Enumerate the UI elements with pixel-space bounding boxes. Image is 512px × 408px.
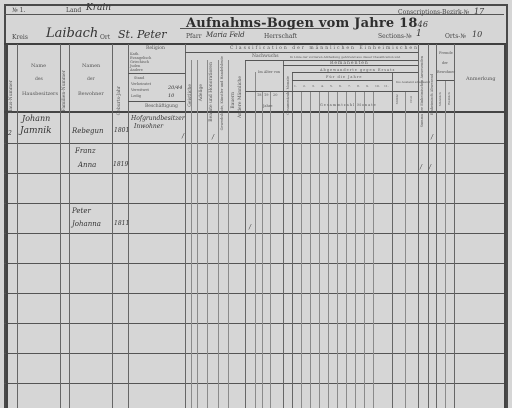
row2-tick: / [420, 164, 422, 171]
col-divider [112, 44, 113, 408]
col-divider [392, 72, 393, 408]
section-value: 1 [416, 29, 422, 39]
age-year: 19 [264, 93, 268, 97]
conscription-value: 17 [474, 7, 484, 16]
col-divider [262, 91, 263, 408]
status-header: Stand [134, 76, 144, 80]
owner-header-2: des [35, 77, 43, 82]
conscription-label: Conscriptions-Bezirk-№ [398, 9, 469, 16]
form-title: Aufnahms-Bogen vom Jahre 1846 [186, 16, 428, 31]
pfarr-value: Maria Feld [206, 31, 245, 39]
col-divider [60, 44, 61, 408]
section-label: Sections-№ [378, 33, 412, 40]
year-col: 3. [312, 84, 315, 88]
header-bottom-rule [4, 43, 506, 45]
header-rule [292, 80, 392, 81]
absent-col: Militär [395, 94, 399, 104]
foreign-header: Bewohner [437, 70, 455, 74]
birth-year-header: Geburts-Jahr [117, 86, 122, 115]
age-year: 18 [257, 93, 261, 97]
row4-birth-year: 1811 [114, 220, 129, 227]
header-rule [128, 73, 185, 74]
year-col: 11. [384, 84, 389, 88]
row4-tick: / [249, 224, 251, 231]
row1-occupation: Hofgrundbesitzer [131, 115, 185, 122]
header-rule [245, 91, 418, 92]
tax-col: Summa der Einheimischen Anwesenden [420, 56, 424, 127]
col-divider [218, 60, 219, 408]
row1-occupation-2: Inwohner [134, 123, 163, 130]
jahre-label: Jahre [263, 104, 273, 108]
year-col: 8. [357, 84, 360, 88]
col-divider [405, 91, 406, 408]
col-divider [428, 44, 429, 408]
status-value: 10 [168, 93, 174, 99]
header-rule [436, 80, 454, 81]
row1-birth-year: 1801 [114, 127, 129, 134]
owner-header-3: Hausbesitzers [22, 91, 58, 97]
col-divider [301, 91, 302, 408]
class-col-header: Adelige [199, 84, 204, 101]
kreis-label: Kreis [12, 34, 28, 41]
col-divider [207, 60, 208, 408]
remainder-header: Remanenten [330, 61, 369, 66]
religion-row: Andere [130, 68, 143, 72]
year-col: 9. [366, 84, 369, 88]
col-divider [346, 91, 347, 408]
ort-value: St. Peter [118, 28, 167, 41]
foreign-col: Weiblich [447, 92, 451, 105]
row4-resident-first: Peter [72, 207, 91, 215]
col-divider [69, 44, 70, 408]
summary-header: Gesammtzahl Monate [286, 76, 290, 115]
row1-tick: / [212, 134, 214, 141]
religion-header: Religion [146, 46, 165, 51]
year-col: 1. [294, 84, 297, 88]
class-col-header: Gewerbsleute, Künstler und Handelsleute [220, 56, 224, 130]
col-divider [337, 91, 338, 408]
months-total-label: Gesammtzahl Monate [320, 103, 377, 107]
row2-resident-last: Anna [78, 161, 96, 169]
col-divider [197, 60, 198, 408]
col-divider [255, 72, 256, 408]
col-divider [270, 91, 271, 408]
house-no-header: Haus-Nummer [9, 80, 14, 114]
census-form-page: № 1. Land Krain Aufnahms-Bogen vom Jahre… [0, 0, 512, 408]
owner-header-1: Name [31, 63, 46, 69]
ort-label: Ort [100, 34, 110, 41]
col-divider [373, 91, 374, 408]
status-value: 20/44 [168, 85, 182, 91]
year-col: 5. [330, 84, 333, 88]
header-rule [185, 52, 418, 53]
orts-label: Orts-№ [445, 33, 466, 40]
row2-resident-first: Franz [75, 147, 96, 155]
resident-header-2: der [87, 77, 95, 82]
col-divider [418, 44, 419, 408]
col-divider [292, 72, 293, 408]
form-number: № 1. [12, 7, 25, 14]
occupation-header: Beschäftigung [145, 104, 178, 109]
col-divider [436, 44, 437, 408]
year-col: 6. [339, 84, 342, 88]
age-year: 20 [273, 93, 277, 97]
col-divider [185, 44, 186, 408]
header-rule [292, 72, 418, 73]
year-col: 4. [321, 84, 324, 88]
class-col-header: Bauern [231, 92, 236, 109]
row1-house-no: 2 [8, 130, 12, 137]
row4-resident-last: Johanna [72, 220, 101, 228]
row2-tick: / [429, 164, 431, 171]
year-col: 10. [375, 84, 380, 88]
col-divider [504, 44, 506, 408]
class-col-header: Andere Männliche [238, 76, 243, 118]
status-row: Ledig [131, 94, 141, 98]
tax-col: Einheimisch Abwesend [430, 74, 434, 115]
col-divider [245, 60, 246, 408]
family-no-header: Familien-Nummer [62, 70, 67, 111]
year-col: 7. [348, 84, 351, 88]
form-border [4, 4, 508, 408]
absent-col: Civil [409, 96, 413, 103]
row1-tick: / [182, 133, 184, 140]
col-divider [364, 91, 365, 408]
class-col-header: Beamte und Honoratioren [209, 62, 214, 122]
kreis-value: Laibach [46, 26, 98, 41]
orts-value: 10 [472, 30, 482, 39]
age-label: Im Alter von [258, 70, 280, 74]
col-divider [319, 91, 320, 408]
class-col-header: Geistliche [188, 84, 193, 107]
remarks-header: Anmerkung [466, 76, 496, 82]
resident-header-1: Namen [82, 63, 100, 69]
col-divider [17, 44, 18, 408]
year-col: 2. [303, 84, 306, 88]
classification-header: Classification der männlichen Einheimisc… [230, 46, 419, 51]
col-divider [355, 91, 356, 408]
status-row: Verwitwet [131, 88, 149, 92]
row2-birth-year: 1819 [113, 161, 128, 168]
col-divider [283, 60, 284, 408]
land-label: Land [66, 7, 81, 14]
row1-tick: / [431, 134, 433, 141]
foreign-col: Männlich [438, 92, 442, 106]
foreign-header: der [442, 61, 448, 65]
header-rule [128, 101, 185, 102]
col-divider [6, 44, 8, 408]
status-row: Verheiratet [131, 82, 151, 86]
col-divider [328, 91, 329, 408]
herrschaft-label: Herrschaft [264, 33, 297, 40]
resident-header-3: Bewohner [78, 91, 104, 97]
lines-note: In Linie der vorderen Abtheilung gehören… [290, 55, 400, 59]
nachwuchs-header: Nachwuchs [252, 54, 279, 59]
foreign-header: Fremde [439, 51, 453, 55]
moved-off-header: Abgewanderte gegen Ersatz [320, 68, 395, 72]
row1-owner-last: Jamnik [20, 126, 52, 136]
pfarr-label: Pfarr [186, 33, 202, 40]
col-divider [310, 91, 311, 408]
land-value: Krain [86, 3, 111, 13]
row1-owner-first: Johann [22, 114, 50, 123]
for-years-header: Für die Jahre [326, 75, 363, 79]
col-divider [228, 60, 229, 408]
col-divider [445, 80, 446, 408]
absent-header: Ins Ausland abwesend [396, 80, 430, 84]
row1-resident: Rebegun [72, 127, 104, 135]
col-divider [191, 60, 192, 408]
col-divider [454, 44, 455, 408]
